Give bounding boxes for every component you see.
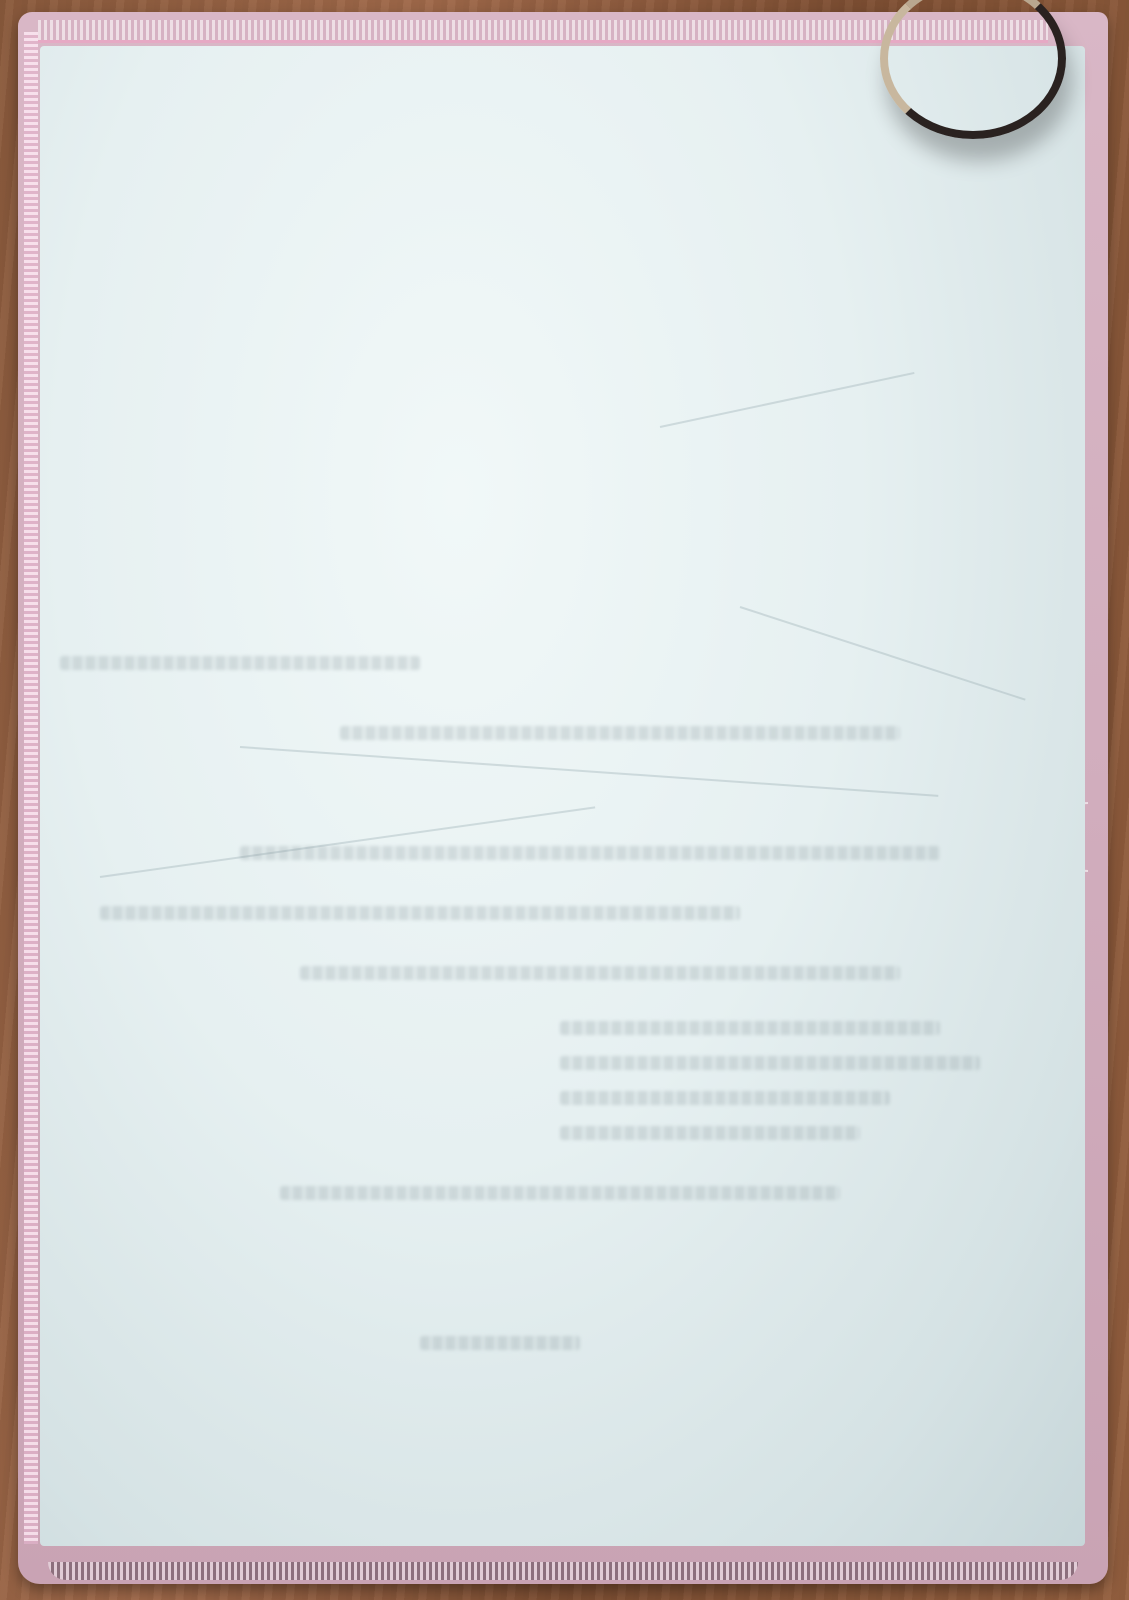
showthrough-mark bbox=[240, 846, 940, 860]
showthrough-mark bbox=[300, 966, 900, 980]
paper-sheet bbox=[40, 46, 1085, 1546]
showthrough-mark bbox=[560, 1091, 890, 1105]
crease bbox=[100, 806, 595, 878]
showthrough-mark bbox=[420, 1336, 580, 1350]
showthrough-mark bbox=[60, 656, 420, 670]
showthrough-mark bbox=[340, 726, 900, 740]
showthrough-mark bbox=[100, 906, 740, 920]
crease bbox=[740, 606, 1026, 701]
showthrough-mark bbox=[560, 1021, 940, 1035]
showthrough-mark bbox=[280, 1186, 840, 1200]
crease bbox=[660, 372, 915, 428]
showthrough-mark bbox=[560, 1126, 860, 1140]
crease bbox=[240, 746, 938, 797]
sleeve-bottom-seam bbox=[48, 1562, 1078, 1580]
sleeve-left-seam bbox=[24, 32, 38, 1544]
showthrough-mark bbox=[560, 1056, 980, 1070]
